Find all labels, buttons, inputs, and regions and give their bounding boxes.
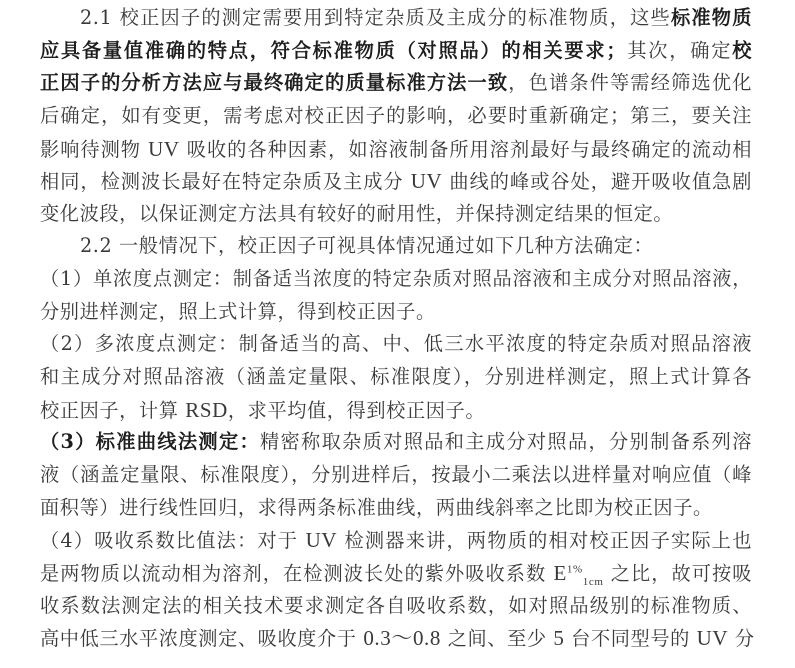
method-4-text: 检测器来讲，两物质的相对校正因子实际上也 — [337, 529, 752, 552]
method-1-line-1: （1）单浓度点测定：制备适当浓度的特定杂质对照品溶液和主成分对照品溶液， — [40, 263, 752, 296]
method-3-label: （3）标准曲线法测定： — [40, 430, 260, 453]
body-text: 吸收的各种因素，如溶液制备所用溶剂最好与最终确定的流动相 — [180, 138, 752, 161]
emphasized-text: 标准物质 — [671, 6, 752, 29]
method-4-text: 对于 — [258, 529, 306, 552]
body-text: ，色谱条件等需经筛选优化 — [508, 71, 752, 94]
emphasized-text: 应具备量值准确的特点，符合标准物质（对照品）的相关要求； — [40, 39, 626, 62]
method-3-text: 液（涵盖定量限、标准限度），分别进样后，按最小二乘法以进样量对响应值（峰 — [40, 463, 752, 486]
body-text: 后确定，如有变更，需考虑对校正因子的影响，必要时重新确定；第三，要关注 — [40, 104, 752, 127]
method-3-text: 精密称取杂质对照品和主成分对照品，分别制备系列溶 — [260, 430, 752, 453]
method-3-line-2: 液（涵盖定量限、标准限度），分别进样后，按最小二乘法以进样量对响应值（峰 — [40, 459, 752, 492]
rsd-term: RSD — [185, 398, 228, 422]
method-4-label: （4）吸收系数比值法： — [40, 529, 258, 552]
body-text: 2.1 校正因子的测定需要用到特定杂质及主成分的标准物质，这些 — [80, 6, 671, 29]
superscript-1-percent: 1% — [567, 564, 583, 576]
absorption-coefficient-symbol: E — [553, 561, 566, 585]
intro-text: 2.2 一般情况下，校正因子可视具体情况通过如下几种方法确定： — [80, 234, 653, 257]
method-1-line-2: 分别进样测定，照上式计算，得到校正因子。 — [40, 296, 752, 329]
section-2-1: 2.1 校正因子的测定需要用到特定杂质及主成分的标准物质，这些标准物质应具备量值… — [40, 2, 752, 230]
absorbance-range: 0.3～0.8 — [363, 626, 441, 650]
method-4-text: 分 — [728, 627, 755, 650]
method-4-line-3: 收系数法测定法的相关技术要求测定各自吸收系数，如对照品级别的标准物质、 — [40, 590, 752, 623]
method-2-line-1: （2）多浓度点测定：制备适当的高、中、低三水平浓度的特定杂质对照品溶液 — [40, 328, 752, 361]
method-2-text: 和主成分对照品溶液（涵盖定量限、标准限度），分别进样测定，照上式计算各 — [40, 365, 752, 388]
method-4-line-2: 是两物质以流动相为溶剂，在检测波长处的紫外吸收系数 E1%1cm 之比，故可按吸 — [40, 557, 752, 590]
method-4-line-1: （4）吸收系数比值法：对于 UV 检测器来讲，两物质的相对校正因子实际上也 — [40, 524, 752, 557]
method-1-text: 制备适当浓度的特定杂质对照品溶液和主成分对照品溶液， — [233, 267, 752, 290]
method-4-text: 高中低三水平浓度测定、吸收度介于 — [40, 627, 363, 650]
uv-term: UV — [697, 626, 729, 650]
section-2-1-line-5: 影响待测物 UV 吸收的各种因素，如溶液制备所用溶剂最好与最终确定的流动相 — [40, 133, 752, 166]
uv-term: UV — [148, 137, 180, 161]
method-4-text: 收系数法测定法的相关技术要求测定各自吸收系数，如对照品级别的标准物质、 — [40, 594, 752, 617]
section-2-2-intro: 2.2 一般情况下，校正因子可视具体情况通过如下几种方法确定： — [40, 230, 752, 263]
body-text: 曲线的峰或谷处，避开吸收值急剧 — [442, 170, 752, 193]
emphasized-text: 校 — [732, 39, 752, 62]
method-1-text: 分别进样测定，照上式计算，得到校正因子。 — [40, 300, 436, 323]
document-page: 2.1 校正因子的测定需要用到特定杂质及主成分的标准物质，这些标准物质应具备量值… — [40, 2, 752, 655]
uv-term: UV — [306, 528, 338, 552]
section-2-1-line-3: 正因子的分析方法应与最终确定的质量标准方法一致，色谱条件等需经筛选优化 — [40, 67, 752, 100]
method-4-line-4: 高中低三水平浓度测定、吸收度介于 0.3～0.8 之间、至少 5 台不同型号的 … — [40, 622, 752, 655]
body-text: 影响待测物 — [40, 138, 148, 161]
method-2-line-2: 和主成分对照品溶液（涵盖定量限、标准限度），分别进样测定，照上式计算各 — [40, 361, 752, 394]
instrument-count: 5 — [553, 626, 564, 650]
method-3-text: 面积等）进行线性回归，求得两条标准曲线，两曲线斜率之比即为校正因子。 — [40, 496, 713, 519]
section-2-1-line-7: 变化波段，以保证测定方法具有较好的耐用性，并保持测定结果的恒定。 — [40, 198, 752, 231]
method-1-label: （1）单浓度点测定： — [40, 267, 233, 290]
body-text: 相同，检测波长最好在特定杂质及主成分 — [40, 170, 411, 193]
subscript-1cm: 1cm — [583, 576, 604, 588]
emphasized-text: 正因子的分析方法应与最终确定的质量标准方法一致 — [40, 71, 508, 94]
section-2-1-line-4: 后确定，如有变更，需考虑对校正因子的影响，必要时重新确定；第三，要关注 — [40, 100, 752, 133]
method-2-text: ，求平均值，得到校正因子。 — [228, 399, 485, 422]
method-2-text: 制备适当的高、中、低三水平浓度的特定杂质对照品溶液 — [239, 332, 752, 355]
method-4-text: 台不同型号的 — [564, 627, 696, 650]
body-text: 变化波段，以保证测定方法具有较好的耐用性，并保持测定结果的恒定。 — [40, 202, 673, 225]
section-2-1-line-2: 应具备量值准确的特点，符合标准物质（对照品）的相关要求；其次，确定校 — [40, 35, 752, 68]
uv-term: UV — [411, 169, 443, 193]
method-2-text: 校正因子，计算 — [40, 399, 185, 422]
method-4-text: 是两物质以流动相为溶剂，在检测波长处的紫外吸收系数 — [40, 562, 553, 585]
method-3-line-3: 面积等）进行线性回归，求得两条标准曲线，两曲线斜率之比即为校正因子。 — [40, 492, 752, 525]
method-4-text: 之比，故可按吸 — [604, 562, 752, 585]
body-text: 其次，确定 — [626, 39, 732, 62]
section-2-1-line-6: 相同，检测波长最好在特定杂质及主成分 UV 曲线的峰或谷处，避开吸收值急剧 — [40, 165, 752, 198]
method-3-line-1: （3）标准曲线法测定：精密称取杂质对照品和主成分对照品，分别制备系列溶 — [40, 426, 752, 459]
method-2-label: （2）多浓度点测定： — [40, 332, 239, 355]
method-4-text: 之间、至少 — [441, 627, 553, 650]
method-2-line-3: 校正因子，计算 RSD，求平均值，得到校正因子。 — [40, 394, 752, 427]
section-2-1-line-1: 2.1 校正因子的测定需要用到特定杂质及主成分的标准物质，这些标准物质 — [40, 2, 752, 35]
